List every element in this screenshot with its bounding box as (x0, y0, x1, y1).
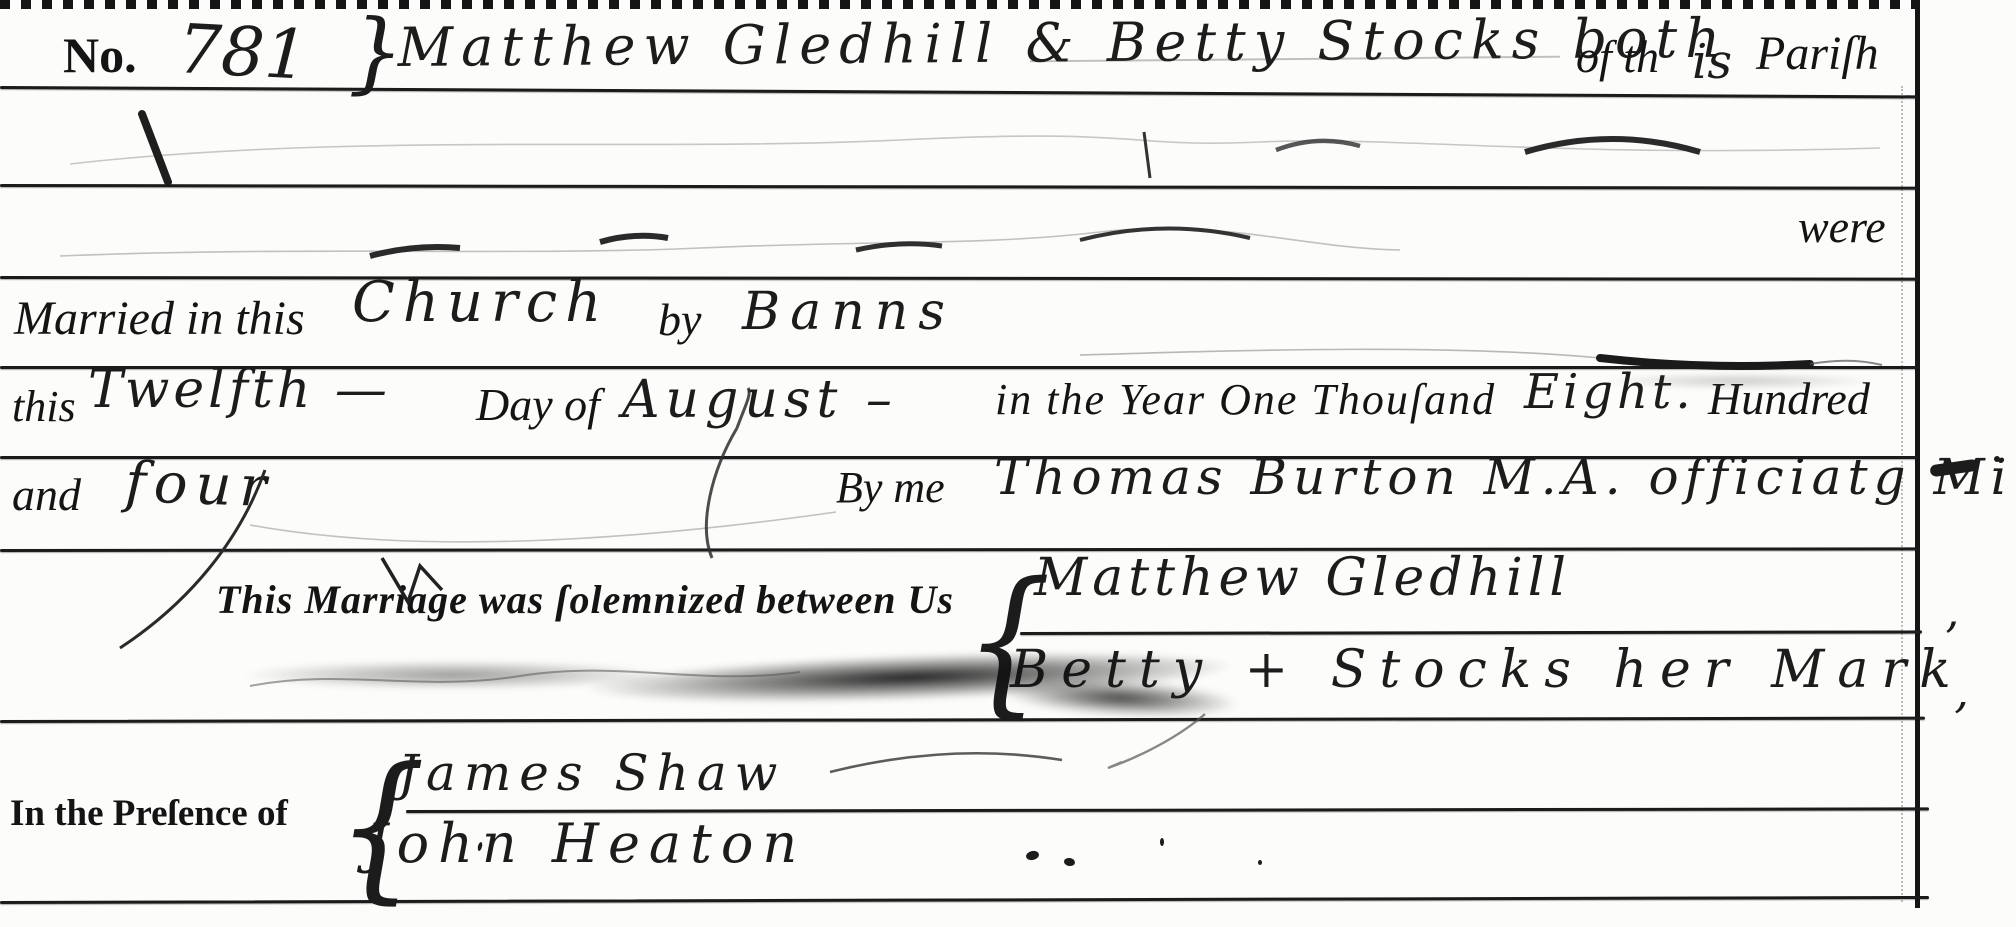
entry-number: 781 (176, 10, 310, 96)
flourish-row3-blob3 (856, 244, 942, 250)
rule-3 (0, 276, 1918, 281)
and-label: and (12, 468, 81, 521)
four-sweep (250, 512, 836, 542)
no-label: No. (63, 26, 137, 84)
ghost-text-offset (1600, 372, 1880, 390)
parish-label: Pariſh (1756, 26, 1879, 81)
married-in-this-label: Married in this (14, 291, 305, 346)
witness-1-signature: James Shaw (398, 744, 785, 802)
flourish-row2-tick (1144, 132, 1150, 178)
comma-mark: ‚ (1954, 664, 1969, 718)
ink-dot (1258, 860, 1262, 865)
flourish-row3-blob2 (600, 236, 668, 242)
entry-brace: } (348, 0, 404, 103)
marriage-register-entry: No. 781 } Matthew Gledhill & Betty Stock… (0, 0, 2016, 927)
rule-2 (0, 184, 1918, 190)
were-label: were (1798, 200, 1886, 253)
witness-swash (830, 753, 1062, 772)
flourish-row3-blob1 (370, 247, 460, 256)
by-me-label: By me (836, 462, 945, 513)
flourish-row2-arc1 (1276, 141, 1360, 150)
flourish-row2-arc2 (1525, 139, 1700, 152)
apostrophe-mark: ’ (1944, 612, 1959, 666)
of-the-label: of th (1576, 30, 1659, 83)
rule-bottom (0, 896, 1929, 904)
ink-dot (1160, 838, 1164, 846)
flourish-row4-lead (1080, 349, 1600, 358)
place-written: Church (352, 270, 609, 335)
ink-smudge-light (240, 660, 670, 690)
is-written: is (1692, 34, 1732, 90)
flourish-row3-crest (1080, 228, 1250, 240)
day-of-label: Day of (476, 378, 600, 431)
presence-statement: In the Preſence of (10, 792, 288, 835)
day-written: Twelfth — (88, 360, 391, 420)
this-label: this (12, 381, 76, 432)
groom-signature: Matthew Gledhill (1034, 548, 1571, 608)
flourish-row4-tail (1810, 361, 1882, 365)
solemnized-statement: This Marriage was ſolemnized between Us (216, 576, 954, 623)
month-written: August – (622, 370, 898, 430)
smudge-arrow-tail (1108, 714, 1205, 768)
bride-groom-names: Matthew Gledhill & Betty Stocks both (398, 7, 1729, 79)
groom-signature-line (1020, 630, 1922, 635)
flourish-row2-slash (142, 114, 168, 182)
year-label: in the Year One Thouſand (995, 374, 1496, 425)
flourish-row2-wave (70, 136, 1880, 164)
ink-dot (1063, 857, 1075, 866)
witness-2-signature: John Heaton (366, 812, 806, 875)
flourish-row3-wave (60, 228, 1400, 256)
officiant-written: Thomas Burton M.A. officiatg Minr. (994, 448, 2016, 506)
rule-8 (0, 717, 1925, 723)
by-label: by (658, 293, 701, 346)
rule-6 (0, 547, 1918, 552)
method-written: Banns (742, 282, 955, 342)
units-written: four (124, 450, 275, 520)
ink-dot (1025, 850, 1040, 862)
ink-dot (1994, 456, 2000, 462)
